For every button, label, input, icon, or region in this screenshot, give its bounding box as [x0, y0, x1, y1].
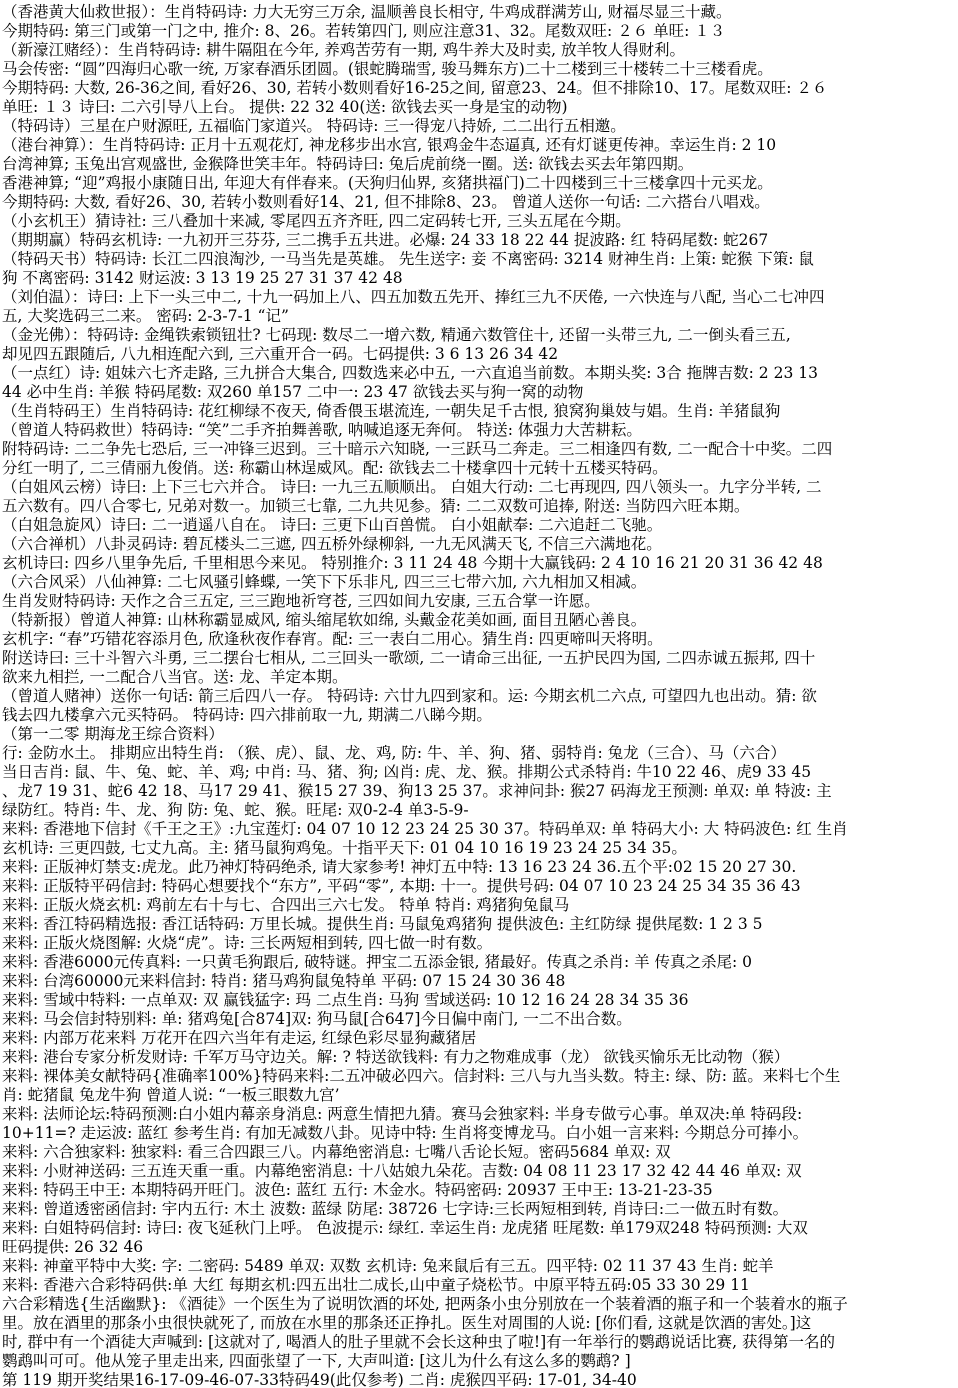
text-line: 当日吉肖: 鼠、牛、兔、蛇、羊、鸡; 中肖: 马、猪、狗; 凶肖: 虎、龙、猴。…	[2, 763, 956, 782]
text-line: （金光佛）：特码诗: 金绳铁索锁钮壮? 七码现: 数尽二一增六数, 精通六数管住…	[2, 326, 956, 345]
text-line: （刘伯温）：诗曰: 上下一头三中二, 十九一码加上八、四五加数五先开、捧红三九不…	[2, 288, 956, 307]
text-line: （期期赢）特码玄机诗: 一九初开三芬芬, 三二携手五共进。必爆: 24 33 1…	[2, 231, 956, 250]
text-line: 里。放在酒里的那条小虫很快就死了, 而放在水里的那条还正挣扎。医生对周围的人说:…	[2, 1314, 956, 1333]
text-line: （六合禅机）八卦灵码诗: 碧瓦楼头二三遮, 四五桥外绿柳斜, 一九无风满天飞, …	[2, 535, 956, 554]
text-line: 钱去四九楼拿六元买特码。 特码诗: 四六排前取一九, 期满二八睇今期。	[2, 706, 956, 725]
text-line: 欲来九相拦, 一二配合八当官。送: 龙、羊定本期。	[2, 668, 956, 687]
text-line: （生肖特码王）生肖特码诗: 花红柳绿不夜天, 倚香偎玉堪流连, 一朝失足千古恨,…	[2, 402, 956, 421]
text-line: 来料: 正版神灯禁支:虎龙。此乃神灯特码绝杀, 请大家参考! 神灯五中特: 13…	[2, 858, 956, 877]
text-line: 来料: 法师论坛:特码预测:白小姐内幕亲身消息: 两意生情把九猜。赛马会独家料:…	[2, 1105, 956, 1124]
text-line: 今期特码: 大数, 看好26、30, 若转小数则看好14、21, 但不排除8、2…	[2, 193, 956, 212]
text-line: 第 119 期开奖结果16-17-09-46-07-33特码49(此仅参考) 二…	[2, 1371, 956, 1388]
text-line: 来料: 雪域中特料: 一点单双: 双 赢钱猛字: 玛 二点生肖: 马狗 雪域送码…	[2, 991, 956, 1010]
text-line: 来料: 内部万花来料 万花开在四六当年有走运, 红绿色彩尽显狗藏猪居	[2, 1029, 956, 1048]
text-line: （特码诗）三星在户财源旺, 五福临门家道兴。 特码诗: 三一得宠八持娇, 二二出…	[2, 117, 956, 136]
text-line: 来料: 台湾60000元来料信封: 特肖: 猪马鸡狗鼠兔特单 平码: 07 15…	[2, 972, 956, 991]
text-line: 鹦鹉叫可可。他从笼子里走出来, 四面张望了一下, 大声叫道: [这儿为什么有这么…	[2, 1352, 956, 1371]
text-line: 香港神算; “迎”鸡报小康随日出, 年迎大有伴春来。(天狗归仙界, 亥猪拱福门)…	[2, 174, 956, 193]
text-line: （白姐风云榜）诗曰: 上下三七六并合。 诗曰: 一九三五顺顺出。 白姐大行动: …	[2, 478, 956, 497]
text-line: 10+11=? 走运波: 蓝红 参考生肖: 有加无减数八卦。见诗中特: 生肖将变…	[2, 1124, 956, 1143]
text-line: （曾道人特码救世）特码诗: “笑”二手齐拍舞善歌, 呐喊追逐无奔何。 特送: 体…	[2, 421, 956, 440]
text-line: 却见四五跟随后, 八九相连配六到, 三六重开合一码。七码提供: 3 6 13 2…	[2, 345, 956, 364]
text-line: 来料: 香江特码精选报: 香江话特码: 万里长城。提供生肖: 马鼠兔鸡猪狗 提供…	[2, 915, 956, 934]
text-line: 、龙7 19 31、蛇6 42 18、马17 29 41、猴15 27 39、狗…	[2, 782, 956, 801]
text-line: 行: 金防水土。 排期应出特生肖: （猴、虎）、鼠、龙、鸡, 防: 牛、羊、狗、…	[2, 744, 956, 763]
text-line: 来料: 香港6000元传真料: 一只黄毛狗跟后, 破特谜。押宝二五添金银, 猪最…	[2, 953, 956, 972]
text-line: 附送诗曰: 三十斗智六斗勇, 三二摆台七相从, 二三回头一歌颂, 二一请命三出征…	[2, 649, 956, 668]
text-line: 来料: 特码王中王: 本期特码开旺门。波色: 蓝红 五行: 木金水。特码密码: …	[2, 1181, 956, 1200]
text-line: 旺码提供: 26 32 46	[2, 1238, 956, 1257]
text-line: 肖: 蛇猪鼠 兔龙牛狗 曾道人说: “一板三眼数九宫’	[2, 1086, 956, 1105]
text-line: （港台神算）：生肖特码诗: 正月十五观花灯, 神龙移步出水宫, 银鸡金牛态逼真,…	[2, 136, 956, 155]
text-line: 来料: 六合独家料: 独家料: 看三合四跟三八。内幕绝密消息: 七嘴八舌论长短。…	[2, 1143, 956, 1162]
text-line: （香港黄大仙救世报）：生肖特码诗: 力大无穷三万余, 温顺善良长相守, 牛鸡成群…	[2, 3, 956, 22]
text-line: 来料: 马会信封特别料: 单: 猪鸡兔[合874]双: 狗马鼠[合647]今日偏…	[2, 1010, 956, 1029]
text-line: 五六数有。四八合零七, 兄弟对数一。加锁三七靠, 二九共见参。猜: 二二双数可追…	[2, 497, 956, 516]
text-line: （特码天书）特码诗: 长江二四浪淘沙, 一马当先是英雄。 先生送字: 妾 不离密…	[2, 250, 956, 269]
text-line: 玄机字: “春”巧错花容添月色, 欣逢秋夜作春宵。配: 三一表白二用心。猜生肖:…	[2, 630, 956, 649]
text-line: 单旺: １３ 诗曰: 二六引导八上台。 提供: 22 32 40(送: 欲钱去买…	[2, 98, 956, 117]
text-line: 来料: 香港地下信封《千王之王》:九宝莲灯: 04 07 10 12 23 24…	[2, 820, 956, 839]
text-line: （白姐急旋风）诗曰: 二一逍遥八自在。 诗曰: 三更下山百兽慌。 白小姐献奉: …	[2, 516, 956, 535]
text-line: 狗 不离密码: 3142 财运波: 3 13 19 25 27 31 37 42…	[2, 269, 956, 288]
text-line: 马会传密: “圆”四海归心歌一统, 万家春酒乐团圆。(银蛇腾瑞雪, 骏马舞东方)…	[2, 60, 956, 79]
text-line: 分红一明了, 二三倩丽九俊俏。送: 称霸山林逞威风。配: 欲钱去二十楼拿四十元转…	[2, 459, 956, 478]
text-line: （第一二零 期海龙王综合资料）	[2, 725, 956, 744]
text-line: （一点红）诗: 姐妹六七齐走路, 三九拼合大集合, 四数选来必中五, 一六直追当…	[2, 364, 956, 383]
text-line: （新濠江赌经）：生肖特码诗: 耕牛隔阻在今年, 养鸡苦劳有一期, 鸡牛养大及时卖…	[2, 41, 956, 60]
text-line: 来料: 白姐特码信封: 诗曰: 夜飞延秋门上呼。 色波提示: 绿红. 幸运生肖:…	[2, 1219, 956, 1238]
text-line: 来料: 正版火烧玄机: 鸡前左右十与七、合四出三六七发。 特单 特肖: 鸡猪狗兔…	[2, 896, 956, 915]
text-line: 玄机诗: 三更四鼓, 七丈九高。主: 猪马鼠狗鸡兔。十指平天下: 01 04 1…	[2, 839, 956, 858]
text-line: （特新报）曾道人神算: 山林称霸显威风, 缩头缩尾软如绵, 头戴金花美如画, 面…	[2, 611, 956, 630]
text-line: 来料: 裸体美女献特码{准确率100%}特码来料:二五冲破必四六。信封料: 三八…	[2, 1067, 956, 1086]
text-line: 台湾神算; 玉兔出宫观盛世, 金猴降世笑丰年。特码诗曰: 兔后虎前绕一圈。送: …	[2, 155, 956, 174]
text-line: 来料: 正版特平码信封: 特码心想要找个“东方”, 平码“零”, 本期: 十一。…	[2, 877, 956, 896]
text-line: 44 必中生肖: 羊猴 特码尾数: 双260 单157 二中一: 23 47 欲…	[2, 383, 956, 402]
text-line: 今期特码: 第三门或第一门之中, 推介: 8、26。若转第四门, 则应注意31、…	[2, 22, 956, 41]
text-lines-container: （香港黄大仙救世报）：生肖特码诗: 力大无穷三万余, 温顺善良长相守, 牛鸡成群…	[2, 3, 956, 1388]
text-line: 来料: 港台专家分析发财诗: 千军万马守边关。解: ? 特送欲钱料: 有力之物难…	[2, 1048, 956, 1067]
lottery-tips-sheet: （香港黄大仙救世报）：生肖特码诗: 力大无穷三万余, 温顺善良长相守, 牛鸡成群…	[0, 0, 958, 1388]
text-line: 绿防红。特肖: 牛、龙、狗 防: 兔、蛇、猴。旺尾: 双0-2-4 单3-5-9…	[2, 801, 956, 820]
text-line: 附特码诗: 二二争先七恐后, 三一冲锋三迟到。三十暗示六知晓, 一三跃马二奔走。…	[2, 440, 956, 459]
text-line: 来料: 曾道透密函信封: 宇内五行: 木土 波数: 蓝绿 防尾: 38726 七…	[2, 1200, 956, 1219]
text-line: 五, 大奖选码三二来。 密码: 2-3-7-1 “记”	[2, 307, 956, 326]
text-line: （曾道人赌神）送你一句话: 箭三后四八一存。 特码诗: 六廿九四到家和。运: 今…	[2, 687, 956, 706]
text-line: 生肖发财特码诗: 天作之合三五定, 三三跑地祈穹苍, 三四如间九安康, 三五合掌…	[2, 592, 956, 611]
text-line: 来料: 香港六合彩特码供:单 大红 每期玄机:四五出壮二成长,山中童子烧松节。中…	[2, 1276, 956, 1295]
text-line: 六合彩精选{生活幽默}: 《酒徒》一个医生为了说明饮酒的坏处, 把两条小虫分别放…	[2, 1295, 956, 1314]
text-line: 玄机诗曰: 四乡八里争先后, 千里相思今来见。 特别推介: 3 11 24 48…	[2, 554, 956, 573]
text-line: 时, 群中有一个酒徒大声喊到: [这就对了, 喝酒人的肚子里就不会长这种虫了啦!…	[2, 1333, 956, 1352]
text-line: （小玄机王）猜诗社: 三八叠加十来减, 零尾四五齐齐旺, 四二定码转七开, 三头…	[2, 212, 956, 231]
text-line: 来料: 小财神送码: 三五连天重一重。内幕绝密消息: 十八姑娘九朵花。吉数: 0…	[2, 1162, 956, 1181]
text-line: 来料: 正版火烧图解: 火烧“虎”。诗: 三长两短相到转, 四七做一时有数。	[2, 934, 956, 953]
text-line: 来料: 神童平特中大奖: 字: 二密码: 5489 单双: 双数 玄机诗: 兔来…	[2, 1257, 956, 1276]
text-line: 今期特码: 大数, 26-36之间, 看好26、30, 若转小数则看好16-25…	[2, 79, 956, 98]
text-line: （六合风采）八仙神算: 二七风骚引蜂蝶, 一笑下下乐非凡, 四三三七带六加, 六…	[2, 573, 956, 592]
